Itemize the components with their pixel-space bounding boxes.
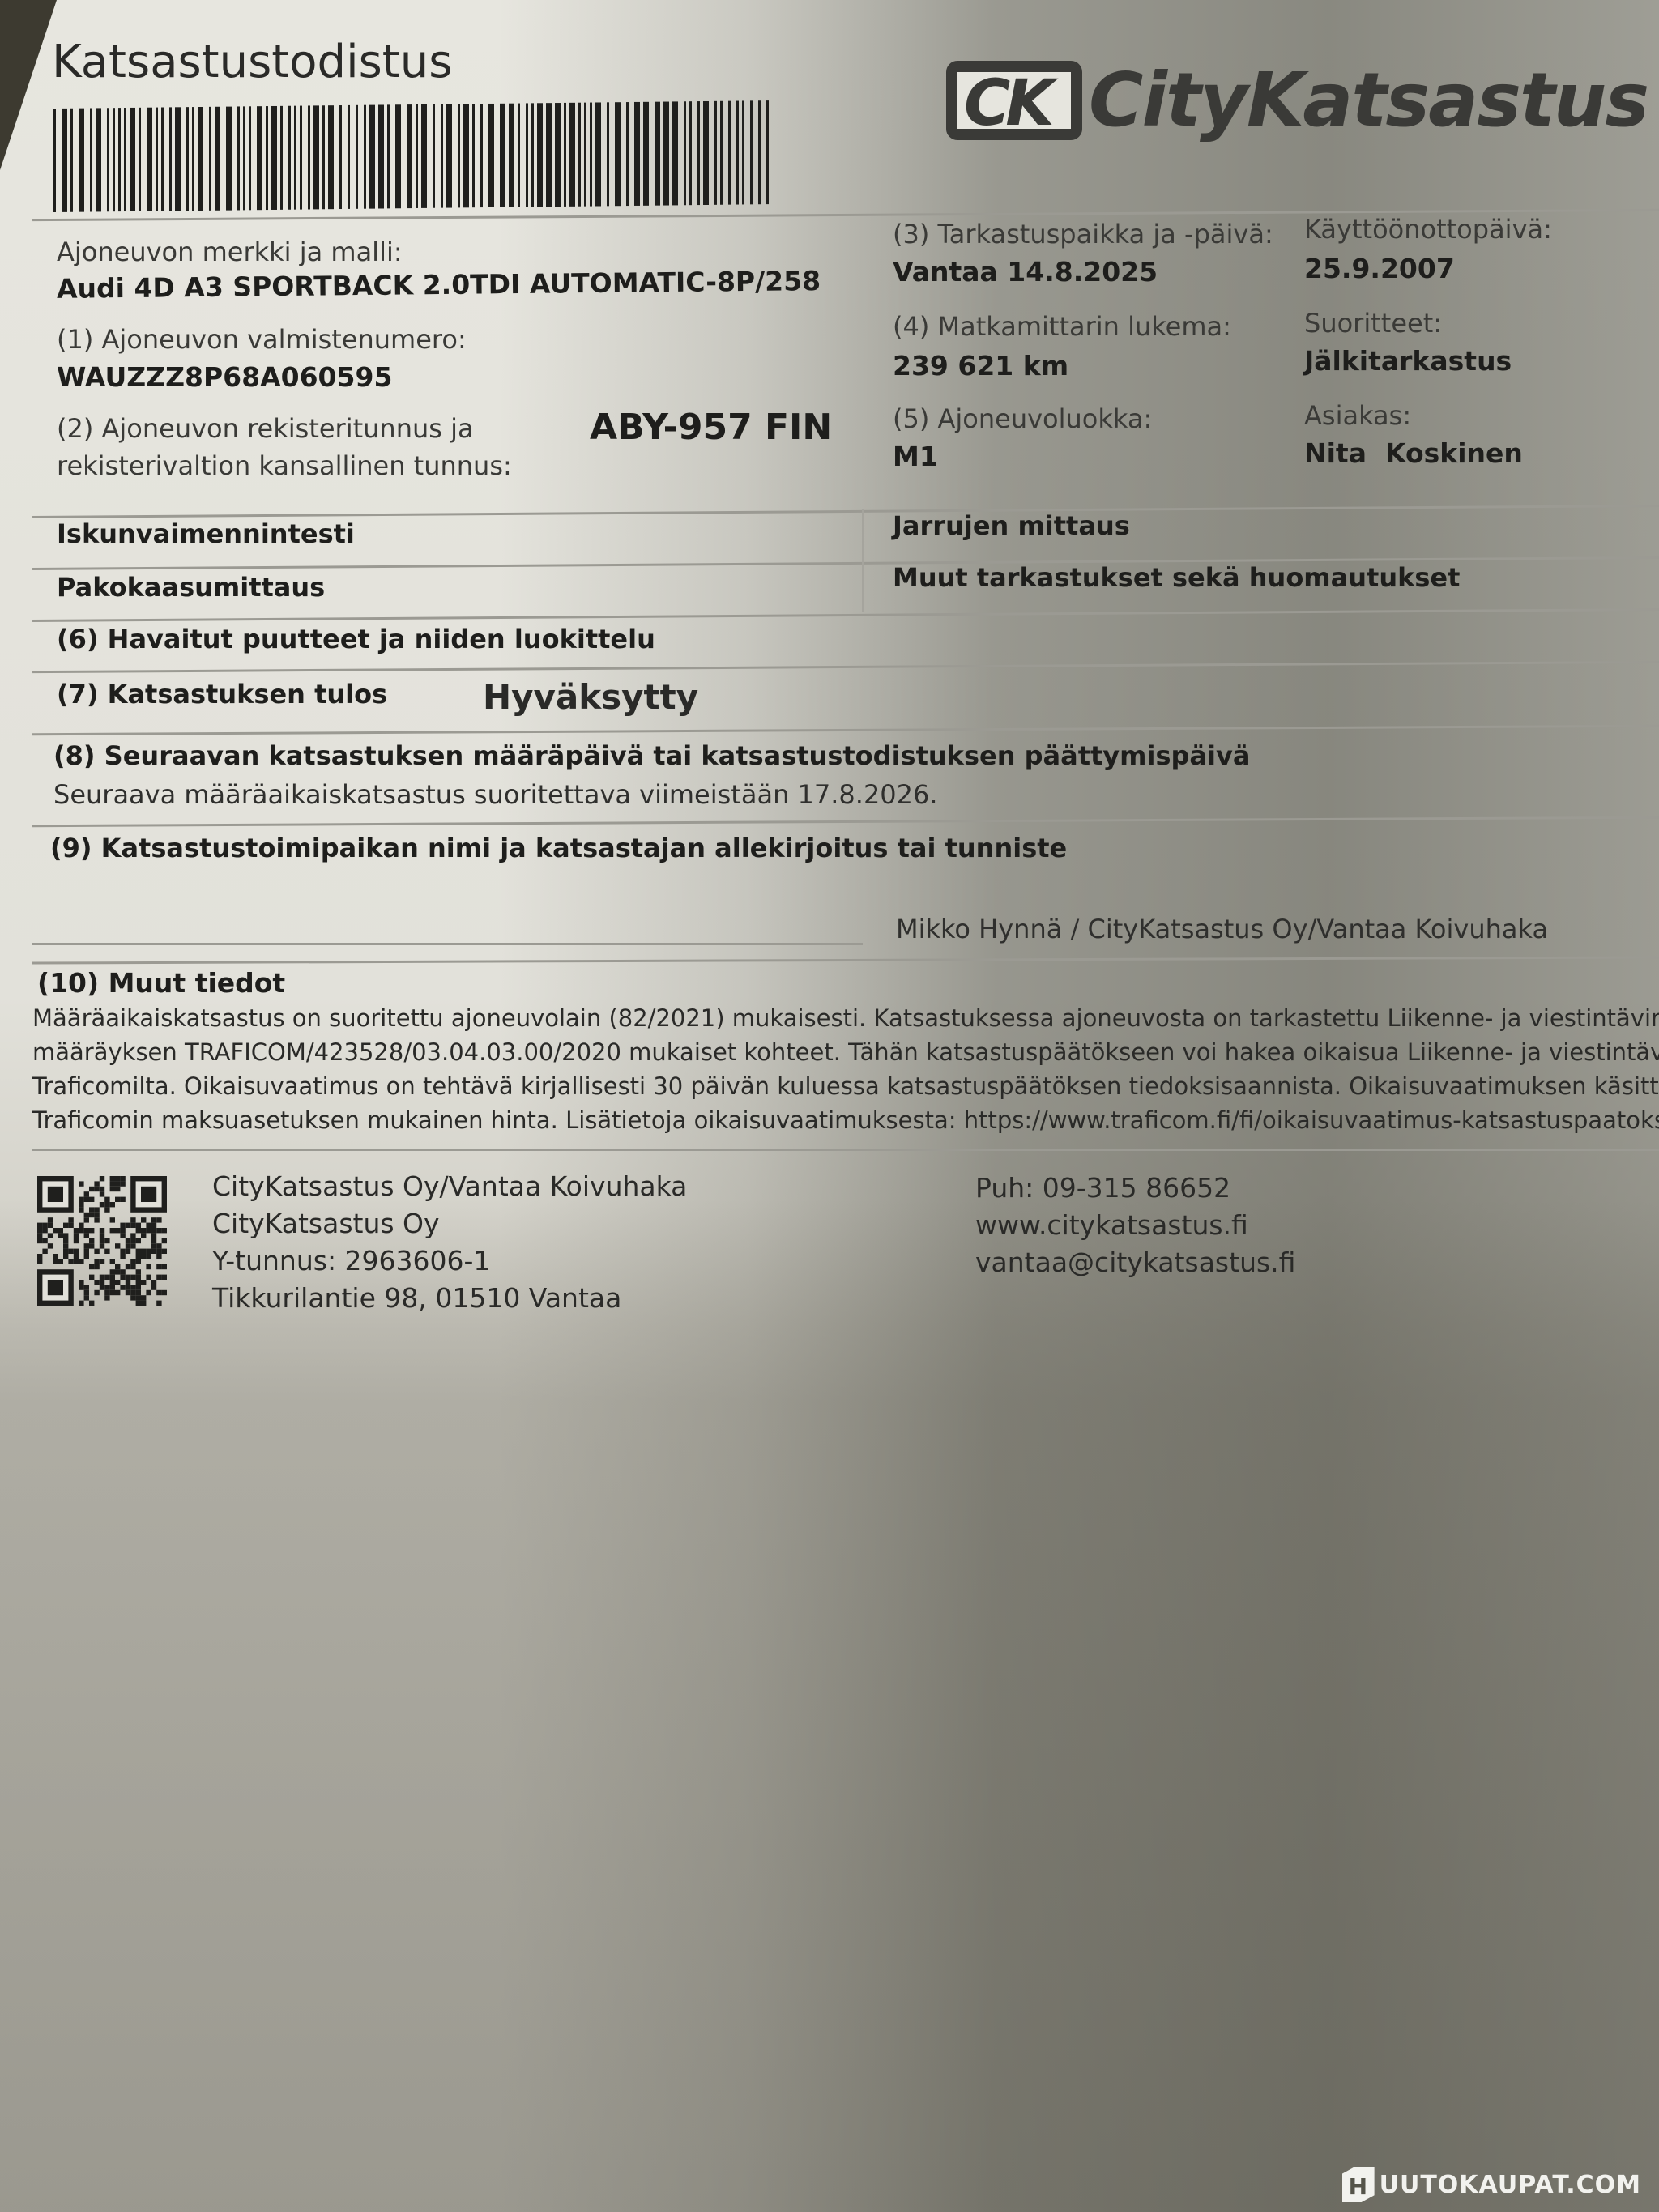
- citykatsastus-logo-icon: CK: [946, 61, 1082, 140]
- registration-label: (2) Ajoneuvon rekisteritunnus ja: [57, 413, 474, 444]
- huutokaupat-cube-icon: H: [1342, 2167, 1375, 2202]
- vin-value: WAUZZZ8P68A060595: [57, 361, 392, 393]
- vin-label: (1) Ajoneuvon valmistenumero:: [57, 324, 467, 355]
- registration-value: ABY-957 FIN: [590, 407, 832, 448]
- company-line: CityKatsastus Oy/Vantaa Koivuhaka: [212, 1168, 687, 1205]
- odometer-label: (4) Matkamittarin lukema:: [893, 311, 1231, 342]
- email-link[interactable]: vantaa@citykatsastus.fi: [975, 1244, 1295, 1281]
- next-inspection-label: (8) Seuraavan katsastuksen määräpäivä ta…: [53, 740, 1250, 771]
- watermark-text: UUTOKAUPAT.COM: [1380, 2171, 1641, 2199]
- signature-value: Mikko Hynnä / CityKatsastus Oy/Vantaa Ko…: [896, 914, 1548, 944]
- brake-measurement: Jarrujen mittaus: [893, 510, 1130, 541]
- other-checks: Muut tarkastukset sekä huomautukset: [893, 562, 1460, 593]
- place-date-label: (3) Tarkastuspaikka ja -päivä:: [893, 219, 1273, 249]
- watermark: H UUTOKAUPAT.COM: [1342, 2167, 1641, 2202]
- signature-label: (9) Katsastustoimipaikan nimi ja katsast…: [50, 833, 1067, 863]
- exhaust-measurement: Pakokaasumittaus: [57, 572, 325, 603]
- document-title: Katsastustodistus: [52, 36, 452, 88]
- shadow-overlay: [0, 1199, 1659, 2212]
- first-use-value: 25.9.2007: [1304, 253, 1455, 284]
- customer-label: Asiakas:: [1304, 400, 1411, 431]
- brand-name: CityKatsastus: [1089, 57, 1648, 143]
- services-value: Jälkitarkastus: [1304, 345, 1512, 377]
- company-line: Tikkurilantie 98, 01510 Vantaa: [212, 1280, 687, 1317]
- vehicle-class-label: (5) Ajoneuvoluokka:: [893, 403, 1152, 434]
- divider: [32, 1149, 1659, 1151]
- contact-info: Puh: 09-315 86652 www.citykatsastus.fi v…: [975, 1170, 1295, 1281]
- result-value: Hyväksytty: [483, 677, 698, 717]
- background-corner: [0, 0, 57, 170]
- odometer-value: 239 621 km: [893, 350, 1068, 381]
- first-use-label: Käyttöönottopäivä:: [1304, 214, 1552, 245]
- other-info-text: Määräaikaiskatsastus on suoritettu ajone…: [32, 1001, 1659, 1137]
- other-info-line: Traficomilta. Oikaisuvaatimus on tehtävä…: [32, 1069, 1659, 1103]
- defects-label: (6) Havaitut puutteet ja niiden luokitte…: [57, 624, 655, 654]
- other-info-label: (10) Muut tiedot: [37, 967, 285, 999]
- qr-code-icon: [32, 1176, 172, 1306]
- column-divider: [862, 509, 864, 612]
- next-inspection-value: Seuraava määräaikaiskatsastus suoritetta…: [53, 779, 938, 810]
- registration-label-line2: rekisterivaltion kansallinen tunnus:: [57, 450, 512, 481]
- customer-value: Nita Koskinen: [1304, 437, 1523, 469]
- company-info: CityKatsastus Oy/Vantaa Koivuhaka CityKa…: [212, 1168, 687, 1317]
- vehicle-class-value: M1: [893, 441, 938, 472]
- other-info-line: määräyksen TRAFICOM/423528/03.04.03.00/2…: [32, 1035, 1659, 1069]
- company-line: Y-tunnus: 2963606-1: [212, 1242, 687, 1280]
- services-label: Suoritteet:: [1304, 308, 1442, 339]
- company-line: CityKatsastus Oy: [212, 1205, 687, 1242]
- place-date-value: Vantaa 14.8.2025: [893, 256, 1158, 288]
- website-link[interactable]: www.citykatsastus.fi: [975, 1207, 1295, 1244]
- barcode-icon: [53, 99, 774, 212]
- other-info-line: Määräaikaiskatsastus on suoritettu ajone…: [32, 1001, 1659, 1035]
- signature-line: [32, 943, 863, 945]
- phone: Puh: 09-315 86652: [975, 1170, 1295, 1207]
- shock-absorber-test: Iskunvaimennintesti: [57, 518, 355, 549]
- other-info-line: Traficomin maksuasetuksen mukainen hinta…: [32, 1103, 1659, 1137]
- brand-logo: CKCityKatsastus: [946, 57, 1648, 143]
- result-label: (7) Katsastuksen tulos: [57, 679, 387, 710]
- make-model-label: Ajoneuvon merkki ja malli:: [57, 237, 403, 267]
